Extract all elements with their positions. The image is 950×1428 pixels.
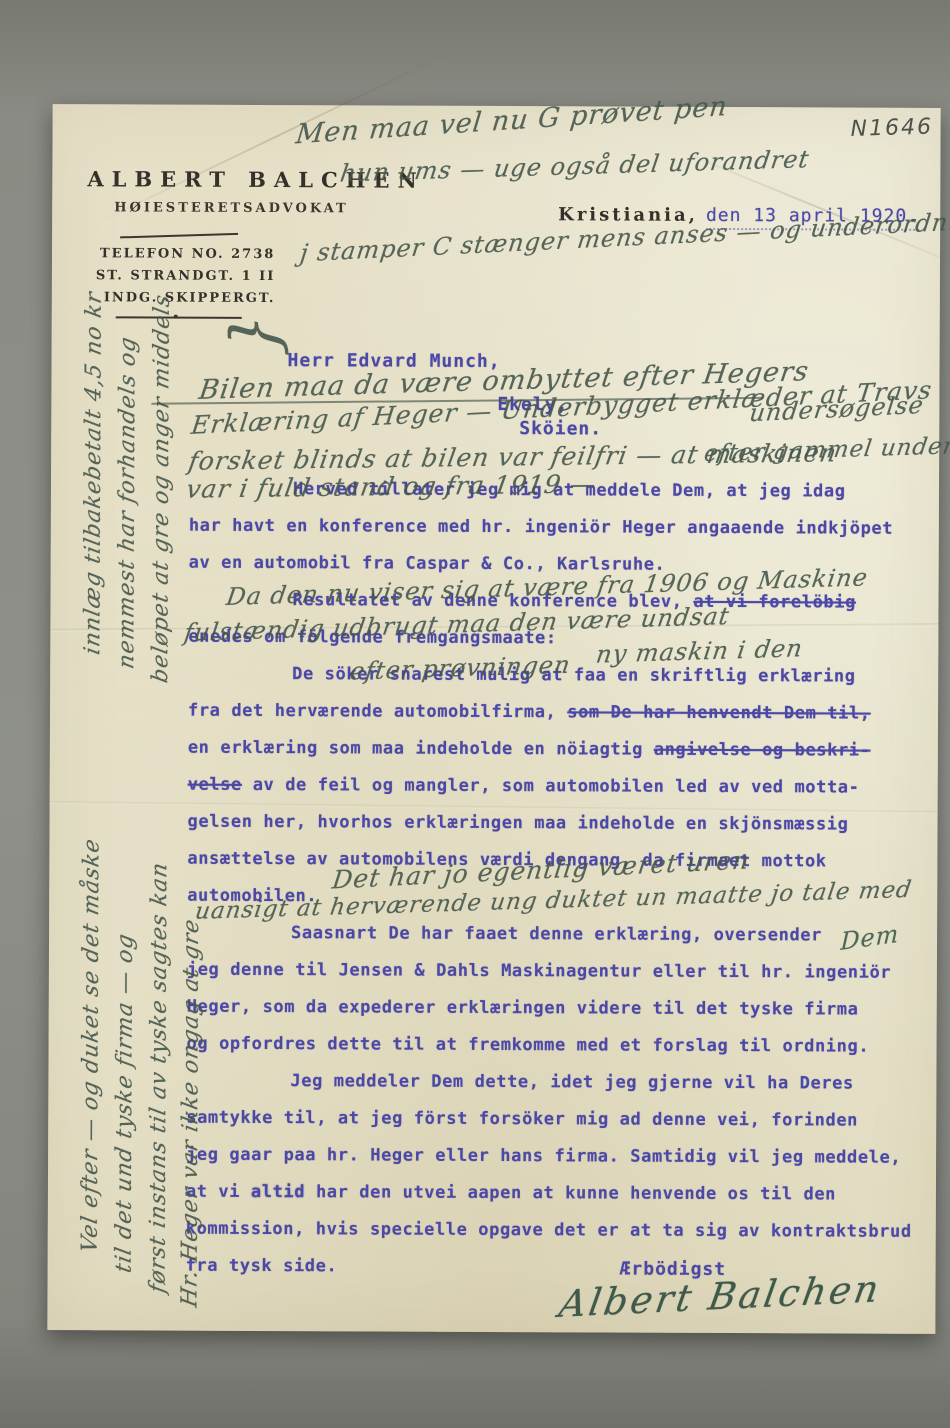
typed-text: Heger, som da expederer erklæringen vide… [187, 997, 859, 1020]
handwritten-annotation: nemmest har forhandels og [114, 334, 140, 670]
typed-text: altid [251, 1182, 305, 1202]
paragraph: Saasnart De har faaet denne erklæring, o… [186, 915, 950, 1066]
handwritten-annotation: } [216, 309, 294, 357]
paragraph: Jeg meddeler Dem dette, idet jeg gjerne … [186, 1063, 950, 1288]
handwritten-annotation: innlæg tilbakebetalt 4,5 no kr [80, 289, 107, 656]
letterhead-phone: TELEFON NO. 2738 [100, 246, 275, 262]
letter-paper: N1646 ALBERT BALCHEN HØIESTERETSADVOKAT … [47, 104, 940, 1334]
typed-text: har den utvei aapen at kunne henvende os… [305, 1182, 836, 1204]
typed-line: jeg denne til Jensen & Dahls Maskinagent… [187, 952, 950, 992]
letterhead-address: ST. STRANDGT. 1 II [96, 268, 276, 284]
typed-text: og opfordres dette til at fremkomme med … [187, 1034, 870, 1057]
typed-text: en erklæring som maa indeholde en nöiagt… [188, 738, 654, 760]
handwritten-annotation: Men maa vel nu G prøvet pen [294, 91, 729, 151]
typed-text: Saasnart De har faaet denne erklæring, o… [291, 923, 822, 945]
typed-line: fra det herværende automobilfirma, som D… [188, 693, 950, 733]
struck-text: angivelse og beskri- [654, 740, 871, 761]
scanned-letter-photo: { "scan": { "archive_number": "N1646" },… [0, 0, 950, 1428]
handwritten-annotation: beløpet at gre og anger middels [148, 292, 175, 685]
struck-text: velse [188, 775, 242, 795]
typed-text: av de feil og mangler, som automobilen l… [242, 775, 860, 798]
letterhead-address: INDG. SKIPPERGT. [104, 290, 276, 306]
typed-text: fra det herværende automobilfirma, [188, 701, 567, 723]
handwritten-annotation: Hr. Heger var ikke ongag at gre [177, 917, 204, 1310]
annotations-layer: Men maa vel nu G prøvet penhun ums — uge… [53, 104, 941, 108]
handwritten-annotation: var i fuld stand og fra 1919 — [184, 469, 598, 503]
typed-text: kommission, hvis specielle opgave det er… [186, 1219, 912, 1242]
typed-text: jeg denne til Jensen & Dahls Maskinagent… [187, 960, 891, 983]
letterhead-title: HØIESTERETSADVOKAT [114, 200, 349, 216]
typed-text: jeg gaar paa hr. Heger eller hans firma.… [186, 1145, 901, 1168]
typed-text: har havt en konference med hr. ingeniör … [189, 516, 893, 539]
handwritten-annotation: til det und tyske firma — og [112, 931, 138, 1275]
archive-number-pencil: N1646 [850, 114, 933, 142]
typed-line: jeg gaar paa hr. Heger eller hans firma.… [186, 1137, 950, 1177]
typed-line: at vi altid har den utvei aapen at kunne… [186, 1174, 950, 1214]
handwritten-annotation: hun ums — uge også del uforandret [338, 145, 811, 187]
struck-text: som De har henvendt Dem til, [567, 702, 870, 723]
typed-line: velse av de feil og mangler, som automob… [188, 767, 950, 807]
typed-text: gelsen her, hvorhos erklæringen maa inde… [188, 812, 849, 835]
letterhead-rule [120, 233, 238, 239]
typed-text: samtykke til, at jeg först forsöker mig … [186, 1108, 858, 1131]
handwritten-annotation: Vel efter — og duket se det måske [78, 836, 105, 1255]
typed-line: gelsen her, hvorhos erklæringen maa inde… [187, 804, 950, 844]
typed-text: fra tysk side. [186, 1256, 338, 1277]
typed-line: samtykke til, at jeg först forsöker mig … [186, 1100, 950, 1140]
typed-text: Jeg meddeler Dem dette, idet jeg gjerne … [290, 1071, 854, 1093]
typed-line: kommission, hvis specielle opgave det er… [186, 1211, 950, 1251]
typed-line: og opfordres dette til at fremkomme med … [186, 1026, 950, 1066]
handwritten-annotation: først instans til av tyske sagtes kan [146, 860, 173, 1295]
typed-line: en erklæring som maa indeholde en nöiagt… [188, 730, 950, 770]
typed-line: har havt en konference med hr. ingeniör … [189, 508, 950, 548]
typed-line: Jeg meddeler Dem dette, idet jeg gjerne … [186, 1063, 950, 1103]
typed-line: Heger, som da expederer erklæringen vide… [187, 989, 950, 1029]
